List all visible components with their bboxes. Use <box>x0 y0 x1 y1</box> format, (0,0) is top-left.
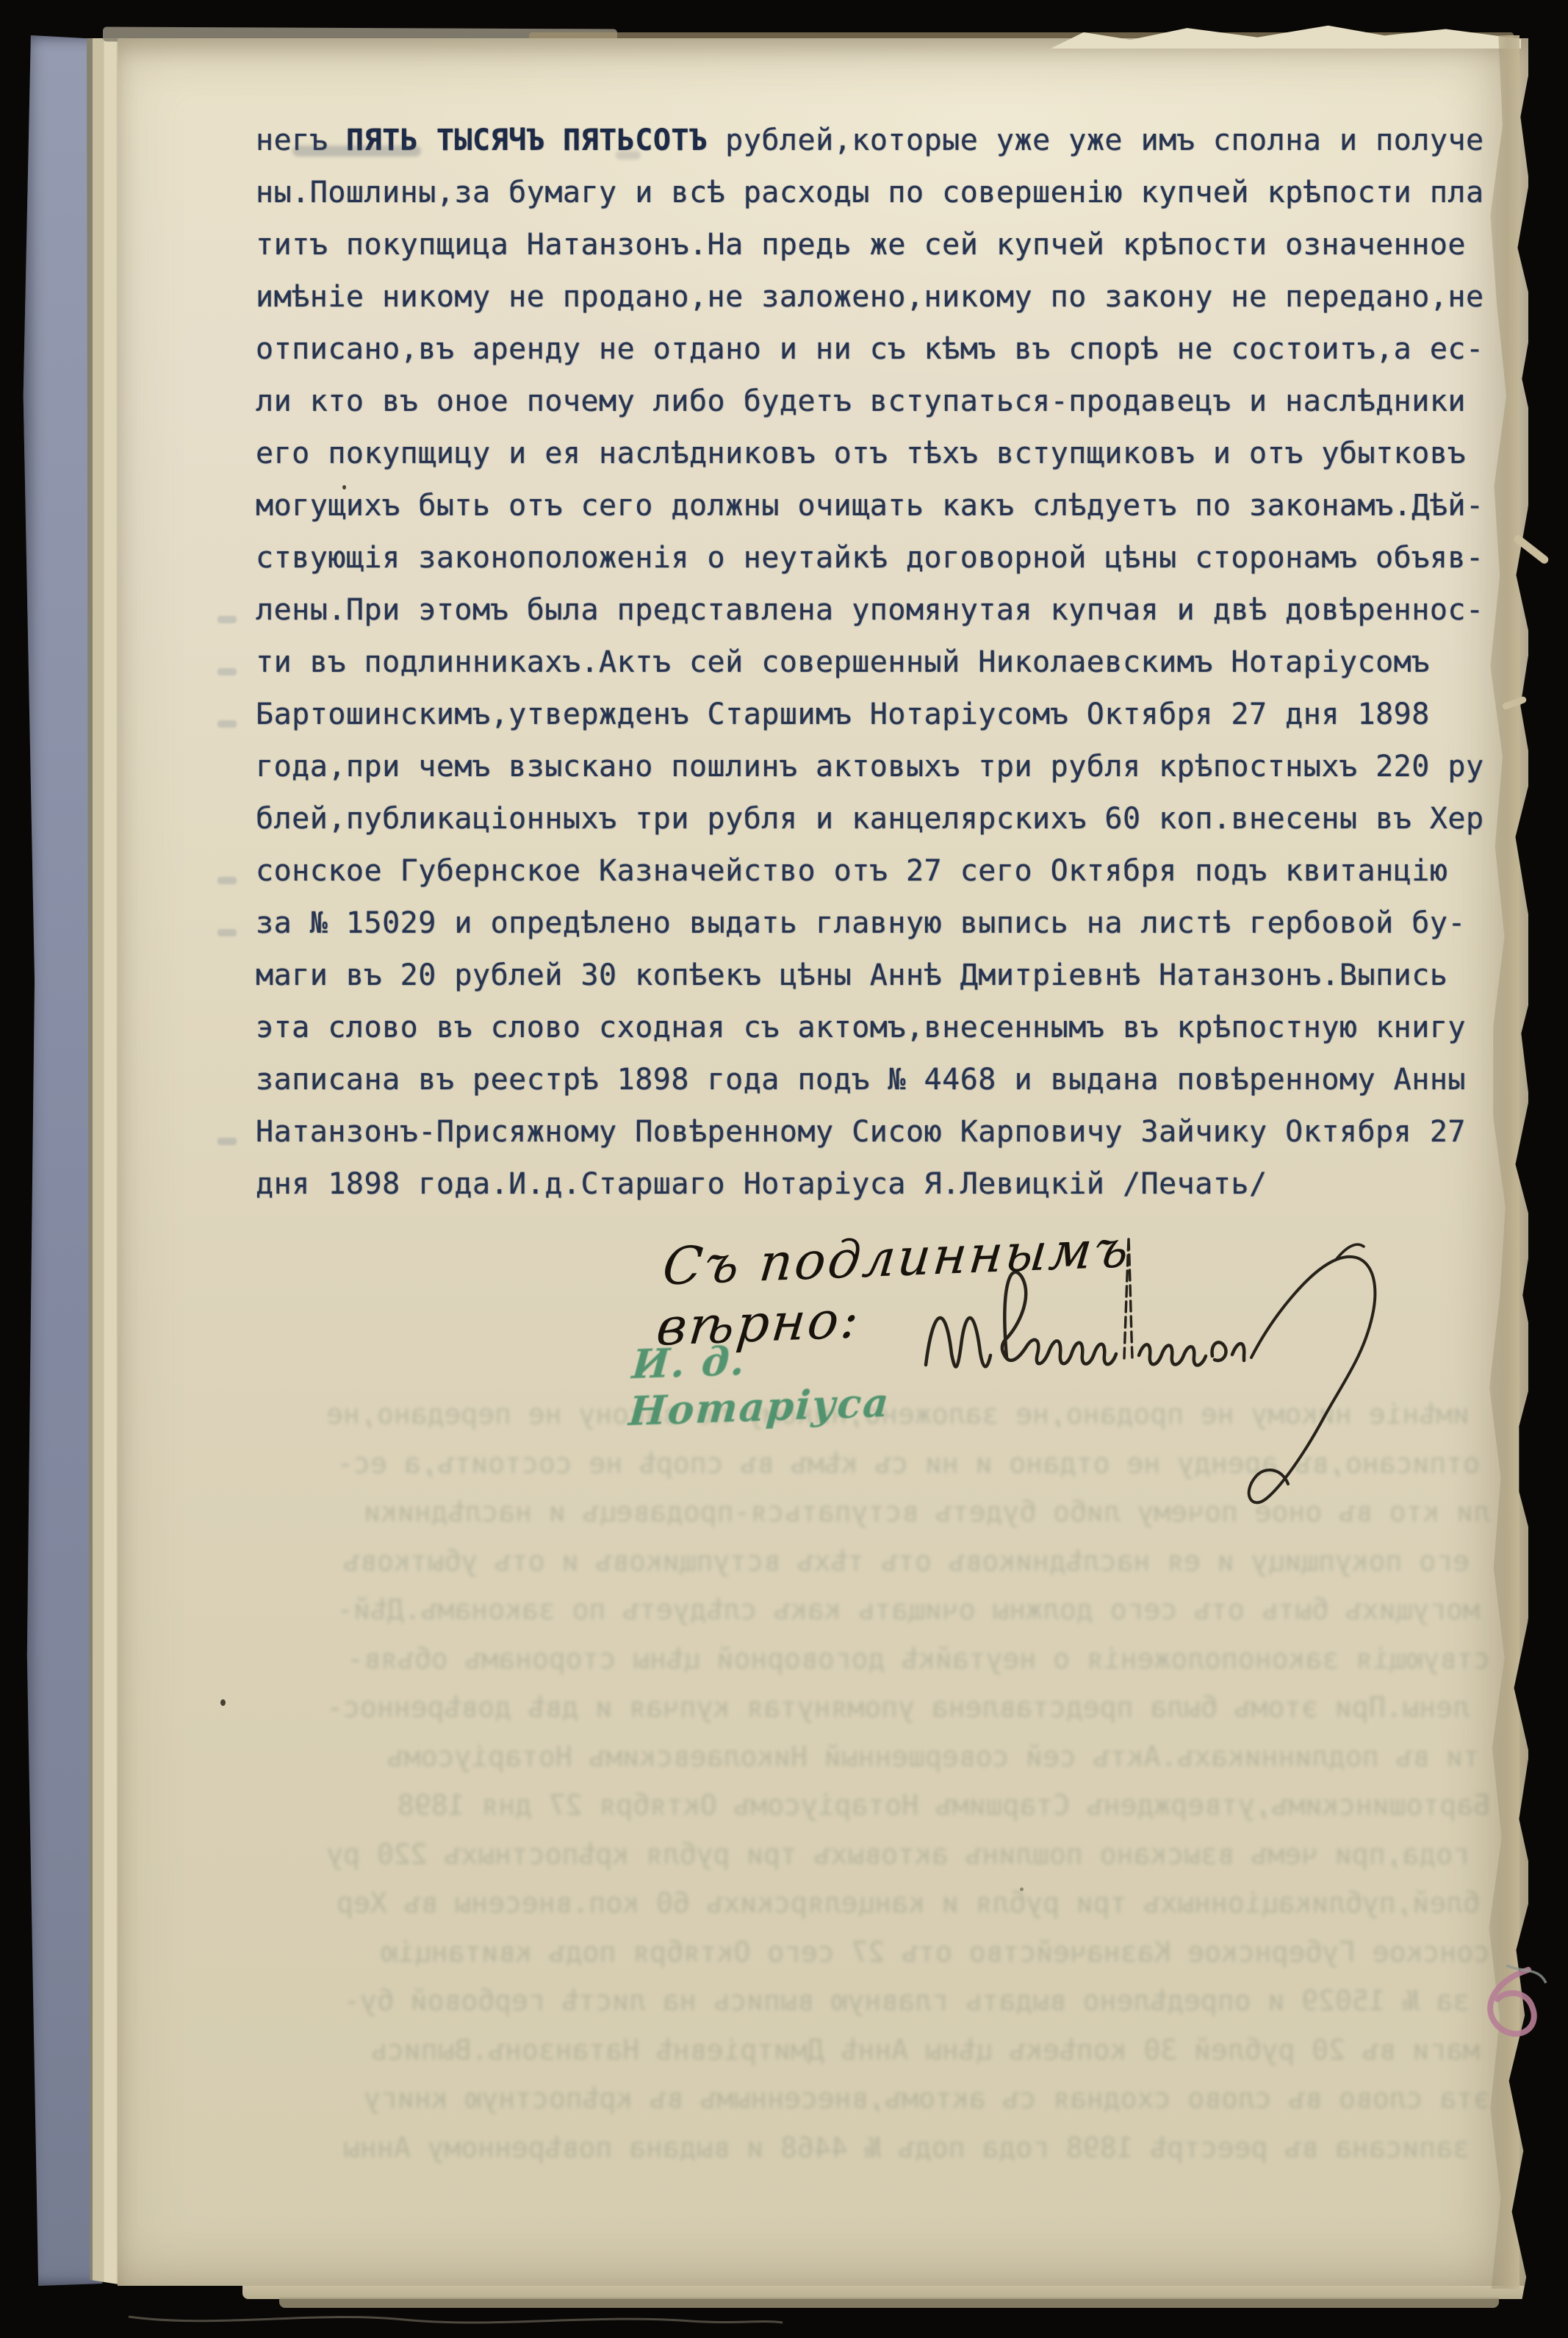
typed-line-9: ствующія законоположенія о неутайкѣ дого… <box>256 541 1497 578</box>
bleed-through-line: блей,публикаціонныхъ три рубля и канцеля… <box>227 1887 1480 1922</box>
scanned-document-photo: негъ ПЯТЬ ТЫСЯЧЪ ПЯТЬСОТЪ рублей,которые… <box>0 0 1568 2338</box>
bleed-through-line: эта слово въ слово сходная съ актомъ,вне… <box>237 2082 1490 2118</box>
bleed-through-line: лены.При этомъ была представлена упомяну… <box>217 1691 1470 1726</box>
typed-line-5: отписано,въ аренду не отдано и ни съ кѣм… <box>256 332 1497 369</box>
typed-line-10: лены.При этомъ была представлена упомяну… <box>256 593 1497 630</box>
typed-line-13: года,при чемъ взыскано пошлинъ актовыхъ … <box>256 750 1497 786</box>
bleed-through-line: ти въ подлинникахъ.Актъ сей совершенный … <box>227 1740 1480 1776</box>
typed-line-1: негъ ПЯТЬ ТЫСЯЧЪ ПЯТЬСОТЪ рублей,которые… <box>256 123 1497 160</box>
typed-line-17: маги въ 20 рублей 30 копѣекъ цѣны Аннѣ Д… <box>256 958 1497 995</box>
typed-line-16: за № 15029 и опредѣлено выдать главную в… <box>256 906 1497 943</box>
paper-speck <box>1020 1887 1024 1891</box>
binding-thread-pink <box>1464 1961 1552 2056</box>
typed-line-19: записана въ реестрѣ 1898 года подъ № 446… <box>256 1063 1497 1100</box>
typed-line-11: ти въ подлинникахъ.Актъ сей совершенный … <box>256 645 1497 682</box>
typed-line-18: эта слово въ слово сходная съ актомъ,вне… <box>256 1011 1497 1047</box>
ink-smudge <box>292 146 421 157</box>
typed-line-7: его покупщицу и ея наслѣдниковъ отъ тѣхъ… <box>256 437 1497 473</box>
bleed-through-line: сонское Губернское Казначейство отъ 27 с… <box>237 1936 1490 1971</box>
bleed-through-mark <box>217 1138 237 1145</box>
typed-line-21: дня 1898 года.И.д.Старшаго Нотаріуса Я.Л… <box>256 1167 1497 1204</box>
bleed-through-line: за № 15029 и опредѣлено выдать главную в… <box>217 1984 1470 2020</box>
typed-line-6: ли кто въ оное почему либо будетъ вступа… <box>256 384 1497 421</box>
typed-line-3: титъ покупщица Натанзонъ.На предь же сей… <box>256 228 1497 265</box>
typed-line-14: блей,публикаціонныхъ три рубля и канцеля… <box>256 802 1497 839</box>
paper-speck <box>220 1699 226 1706</box>
typed-line-15: сонское Губернское Казначейство отъ 27 с… <box>256 854 1497 891</box>
bleed-through-line: ствующія законоположенія о неутайкѣ дого… <box>237 1643 1490 1678</box>
typed-line-4: имѣніе никому не продано,не заложено,ник… <box>256 280 1497 317</box>
bleed-through-line: записана въ реестрѣ 1898 года подъ № 446… <box>217 2131 1470 2167</box>
paper-speck <box>342 485 346 490</box>
bleed-through-line: года,при чемъ взыскано пошлинъ актовыхъ … <box>217 1838 1470 1873</box>
bleed-through-mark <box>217 668 237 675</box>
typed-line-12: Бартошинскимъ,утвержденъ Старшимъ Нотарі… <box>256 698 1497 734</box>
bleed-through-mark <box>217 720 237 728</box>
notary-signature-icon <box>915 1229 1414 1538</box>
bleed-through-mark <box>217 929 237 936</box>
typed-line-8: могущихъ быть отъ сего должны очищать ка… <box>256 489 1497 526</box>
bleed-through-line: могущихъ быть отъ сего должны очищать ка… <box>227 1593 1480 1629</box>
bleed-through-mark <box>217 616 237 623</box>
ink-smudge <box>616 151 641 159</box>
typed-line-20: Натанзонъ-Присяжному Повѣренному Сисою К… <box>256 1115 1497 1152</box>
bleed-through-line: маги въ 20 рублей 30 копѣекъ цѣны Аннѣ Д… <box>227 2034 1480 2069</box>
typed-line-2: ны.Пошлины,за бумагу и всѣ расходы по со… <box>256 176 1497 212</box>
bleed-through-mark <box>217 877 237 884</box>
loose-thread <box>125 2306 786 2333</box>
bleed-through-line: Бартошинскимъ,утвержденъ Старшимъ Нотарі… <box>237 1789 1490 1824</box>
bleed-through-line: его покупщицу и ея наслѣдниковъ отъ тѣхъ… <box>217 1545 1470 1580</box>
